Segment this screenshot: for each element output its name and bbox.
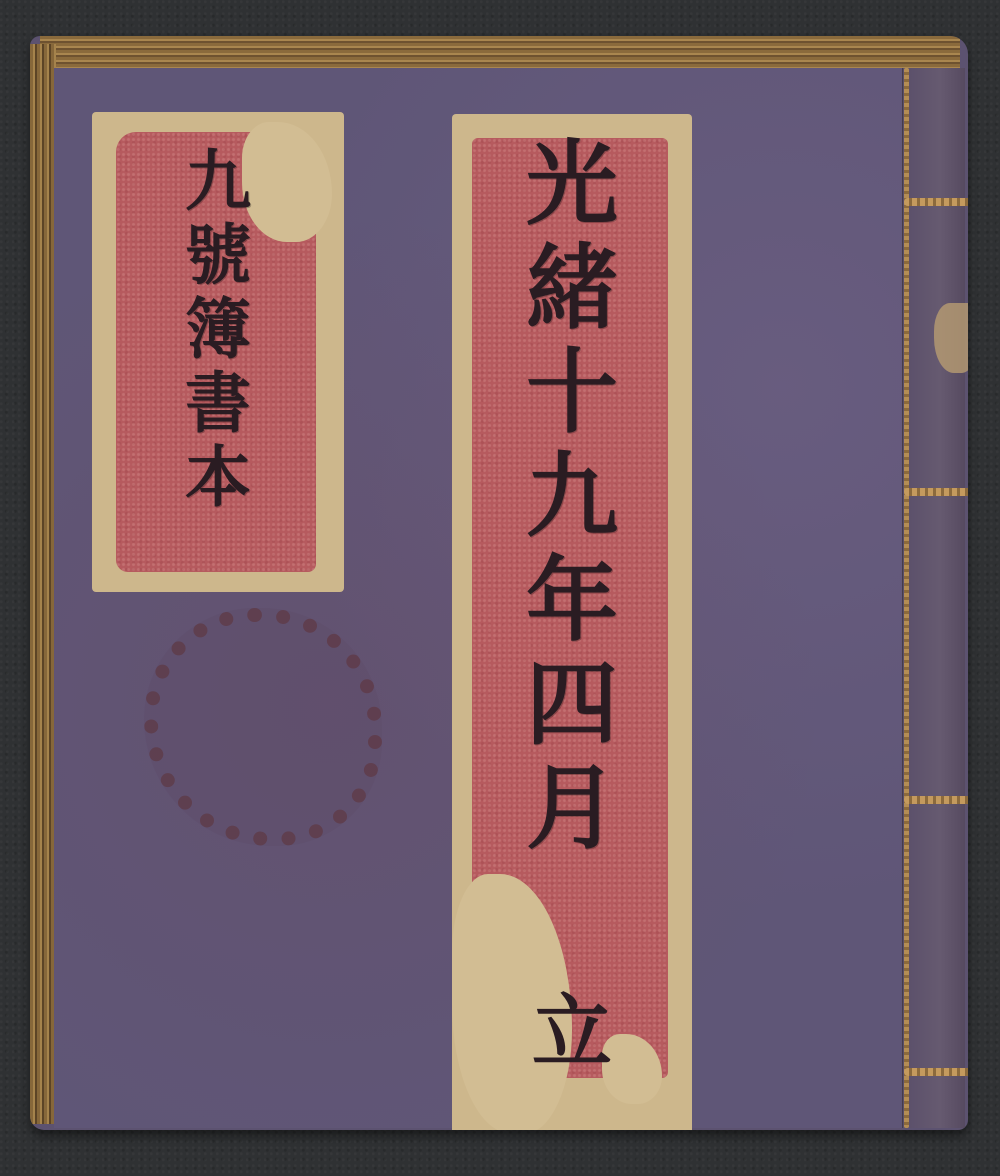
side-char: 九 [185, 148, 251, 222]
book-cover: 九 號 簿 書 本 光 緒 十 九 年 四 月 立 [30, 36, 968, 1130]
side-char: 本 [185, 444, 251, 518]
binding-thread-stitch [904, 1068, 968, 1076]
binding-thread-stitch [904, 796, 968, 804]
side-char: 簿 [185, 296, 251, 370]
main-label-text: 光 緒 十 九 年 四 月 [452, 138, 692, 866]
main-char: 月 [526, 762, 618, 866]
main-char: 緒 [526, 242, 618, 346]
cover-board: 九 號 簿 書 本 光 緒 十 九 年 四 月 立 [54, 68, 964, 1128]
worn-patch [934, 303, 968, 373]
binding-thread-stitch [904, 198, 968, 206]
main-char: 九 [526, 450, 618, 554]
side-char: 號 [185, 222, 251, 296]
page-edges-left [30, 44, 56, 1124]
water-stain [144, 608, 382, 846]
binding-thread-stitch [904, 488, 968, 496]
binding-thread-vertical [904, 68, 909, 1128]
side-label-text: 九 號 簿 書 本 [92, 148, 344, 518]
side-char: 書 [185, 370, 251, 444]
main-char: 年 [526, 554, 618, 658]
main-char: 光 [526, 138, 618, 242]
main-char: 十 [526, 346, 618, 450]
main-label-sign: 立 [452, 968, 692, 1083]
spine-strip [902, 68, 965, 1128]
main-char: 四 [526, 658, 618, 762]
